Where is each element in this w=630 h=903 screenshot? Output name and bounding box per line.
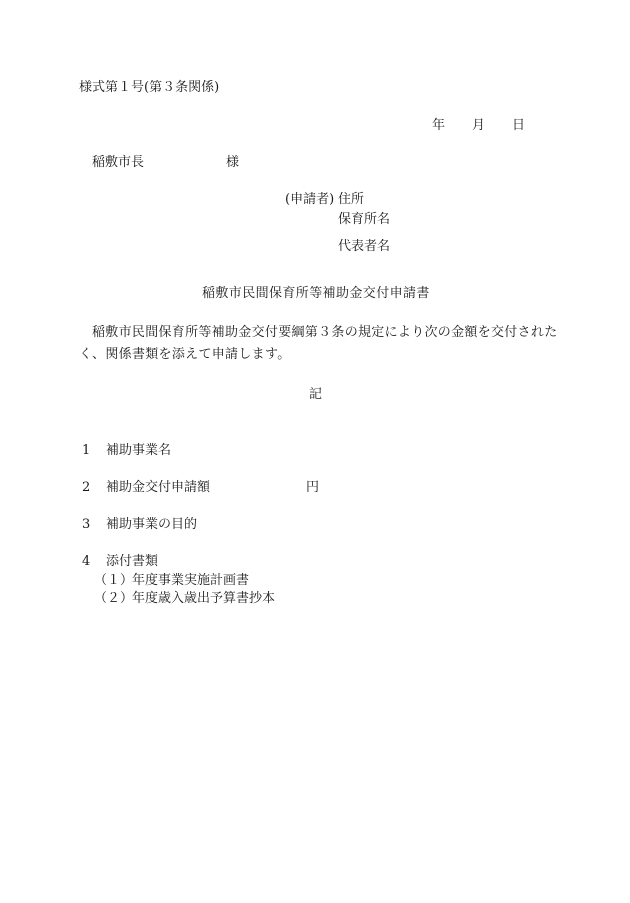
attachment-2-number: （２） bbox=[94, 592, 133, 605]
date-day-label: 日 bbox=[512, 119, 525, 132]
document-page: 様式第１号(第３条関係) 年 月 日 稲敷市長 様 (申請者) 住所 保育所名 … bbox=[0, 0, 630, 903]
form-number: 様式第１号(第３条関係) bbox=[79, 81, 219, 94]
item-1-label: 補助事業名 bbox=[106, 444, 171, 457]
date-month-label: 月 bbox=[472, 119, 485, 132]
item-2-label: 補助金交付申請額 bbox=[106, 481, 210, 494]
ki-label: 記 bbox=[309, 388, 322, 401]
addressee-honorific: 様 bbox=[226, 156, 239, 169]
item-2-number: 2 bbox=[82, 481, 90, 494]
applicant-address-label: 住所 bbox=[338, 193, 364, 206]
attachment-1-label: 年度事業実施計画書 bbox=[132, 574, 249, 587]
item-1-number: 1 bbox=[82, 444, 90, 457]
item-2-unit: 円 bbox=[306, 481, 319, 494]
attachment-2-label: 年度歳入歳出予算書抄本 bbox=[132, 592, 275, 605]
applicant-facility-name-label: 保育所名 bbox=[338, 213, 390, 226]
addressee-name: 稲敷市長 bbox=[92, 156, 144, 169]
item-3-label: 補助事業の目的 bbox=[106, 518, 197, 531]
applicant-prefix: (申請者) bbox=[285, 193, 334, 206]
item-4-number: 4 bbox=[82, 555, 90, 568]
body-text: 稲敷市民間保育所等補助金交付要綱第３条の規定により次の金額を交付されたく、関係書… bbox=[79, 325, 558, 362]
date-year-label: 年 bbox=[432, 119, 445, 132]
applicant-representative-label: 代表者名 bbox=[338, 240, 390, 253]
document-title: 稲敷市民間保育所等補助金交付申請書 bbox=[202, 287, 430, 300]
item-3-number: 3 bbox=[82, 518, 90, 531]
item-4-label: 添付書類 bbox=[106, 555, 158, 568]
attachment-1-number: （１） bbox=[94, 574, 133, 587]
body-paragraph: 稲敷市民間保育所等補助金交付要綱第３条の規定により次の金額を交付されたく、関係書… bbox=[79, 322, 559, 366]
